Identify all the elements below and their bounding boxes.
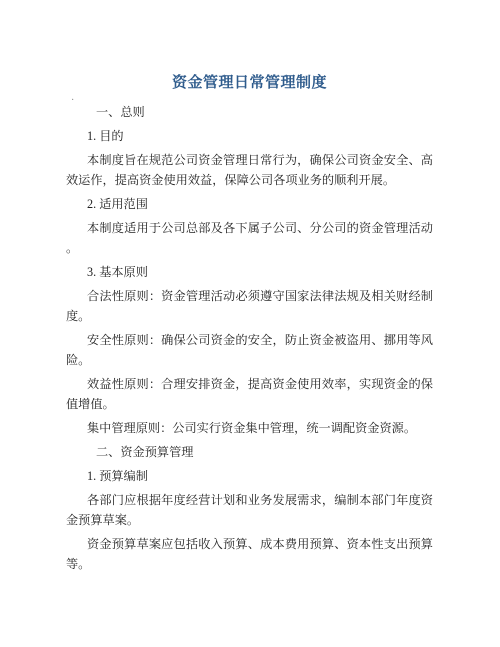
clause-heading-scope: 2. 适用范围 bbox=[66, 194, 433, 214]
document-body: 资金管理日常管理制度 一、总则 1. 目的 本制度旨在规范公司资金管理日常行为，… bbox=[66, 72, 433, 578]
paragraph-budget-draft-contents: 资金预算草案应包括收入预算、成本费用预算、资本性支出预算等。 bbox=[66, 534, 433, 574]
paragraph-purpose-body: 本制度旨在规范公司资金管理日常行为，确保公司资金安全、高效运作，提高资金使用效益… bbox=[66, 150, 433, 190]
paragraph-legality-principle: 合法性原则：资金管理活动必须遵守国家法律法规及相关财经制度。 bbox=[66, 286, 433, 326]
paragraph-department-budget-draft: 各部门应根据年度经营计划和业务发展需求，编制本部门年度资金预算草案。 bbox=[66, 490, 433, 530]
clause-heading-purpose: 1. 目的 bbox=[66, 126, 433, 146]
document-page: · 资金管理日常管理制度 一、总则 1. 目的 本制度旨在规范公司资金管理日常行… bbox=[0, 0, 500, 647]
paragraph-scope-body: 本制度适用于公司总部及各下属子公司、分公司的资金管理活动。 bbox=[66, 218, 433, 258]
clause-heading-basic-principles: 3. 基本原则 bbox=[66, 262, 433, 282]
paragraph-centralized-management-principle: 集中管理原则：公司实行资金集中管理，统一调配资金资源。 bbox=[66, 418, 433, 438]
paragraph-safety-principle: 安全性原则：确保公司资金的安全，防止资金被盗用、挪用等风险。 bbox=[66, 330, 433, 370]
document-title: 资金管理日常管理制度 bbox=[66, 72, 433, 93]
paragraph-efficiency-principle: 效益性原则：合理安排资金，提高资金使用效率，实现资金的保值增值。 bbox=[66, 374, 433, 414]
clause-heading-budget-preparation: 1. 预算编制 bbox=[66, 466, 433, 486]
section-heading-general-rules: 一、总则 bbox=[66, 102, 433, 122]
section-heading-budget-management: 二、资金预算管理 bbox=[66, 442, 433, 462]
